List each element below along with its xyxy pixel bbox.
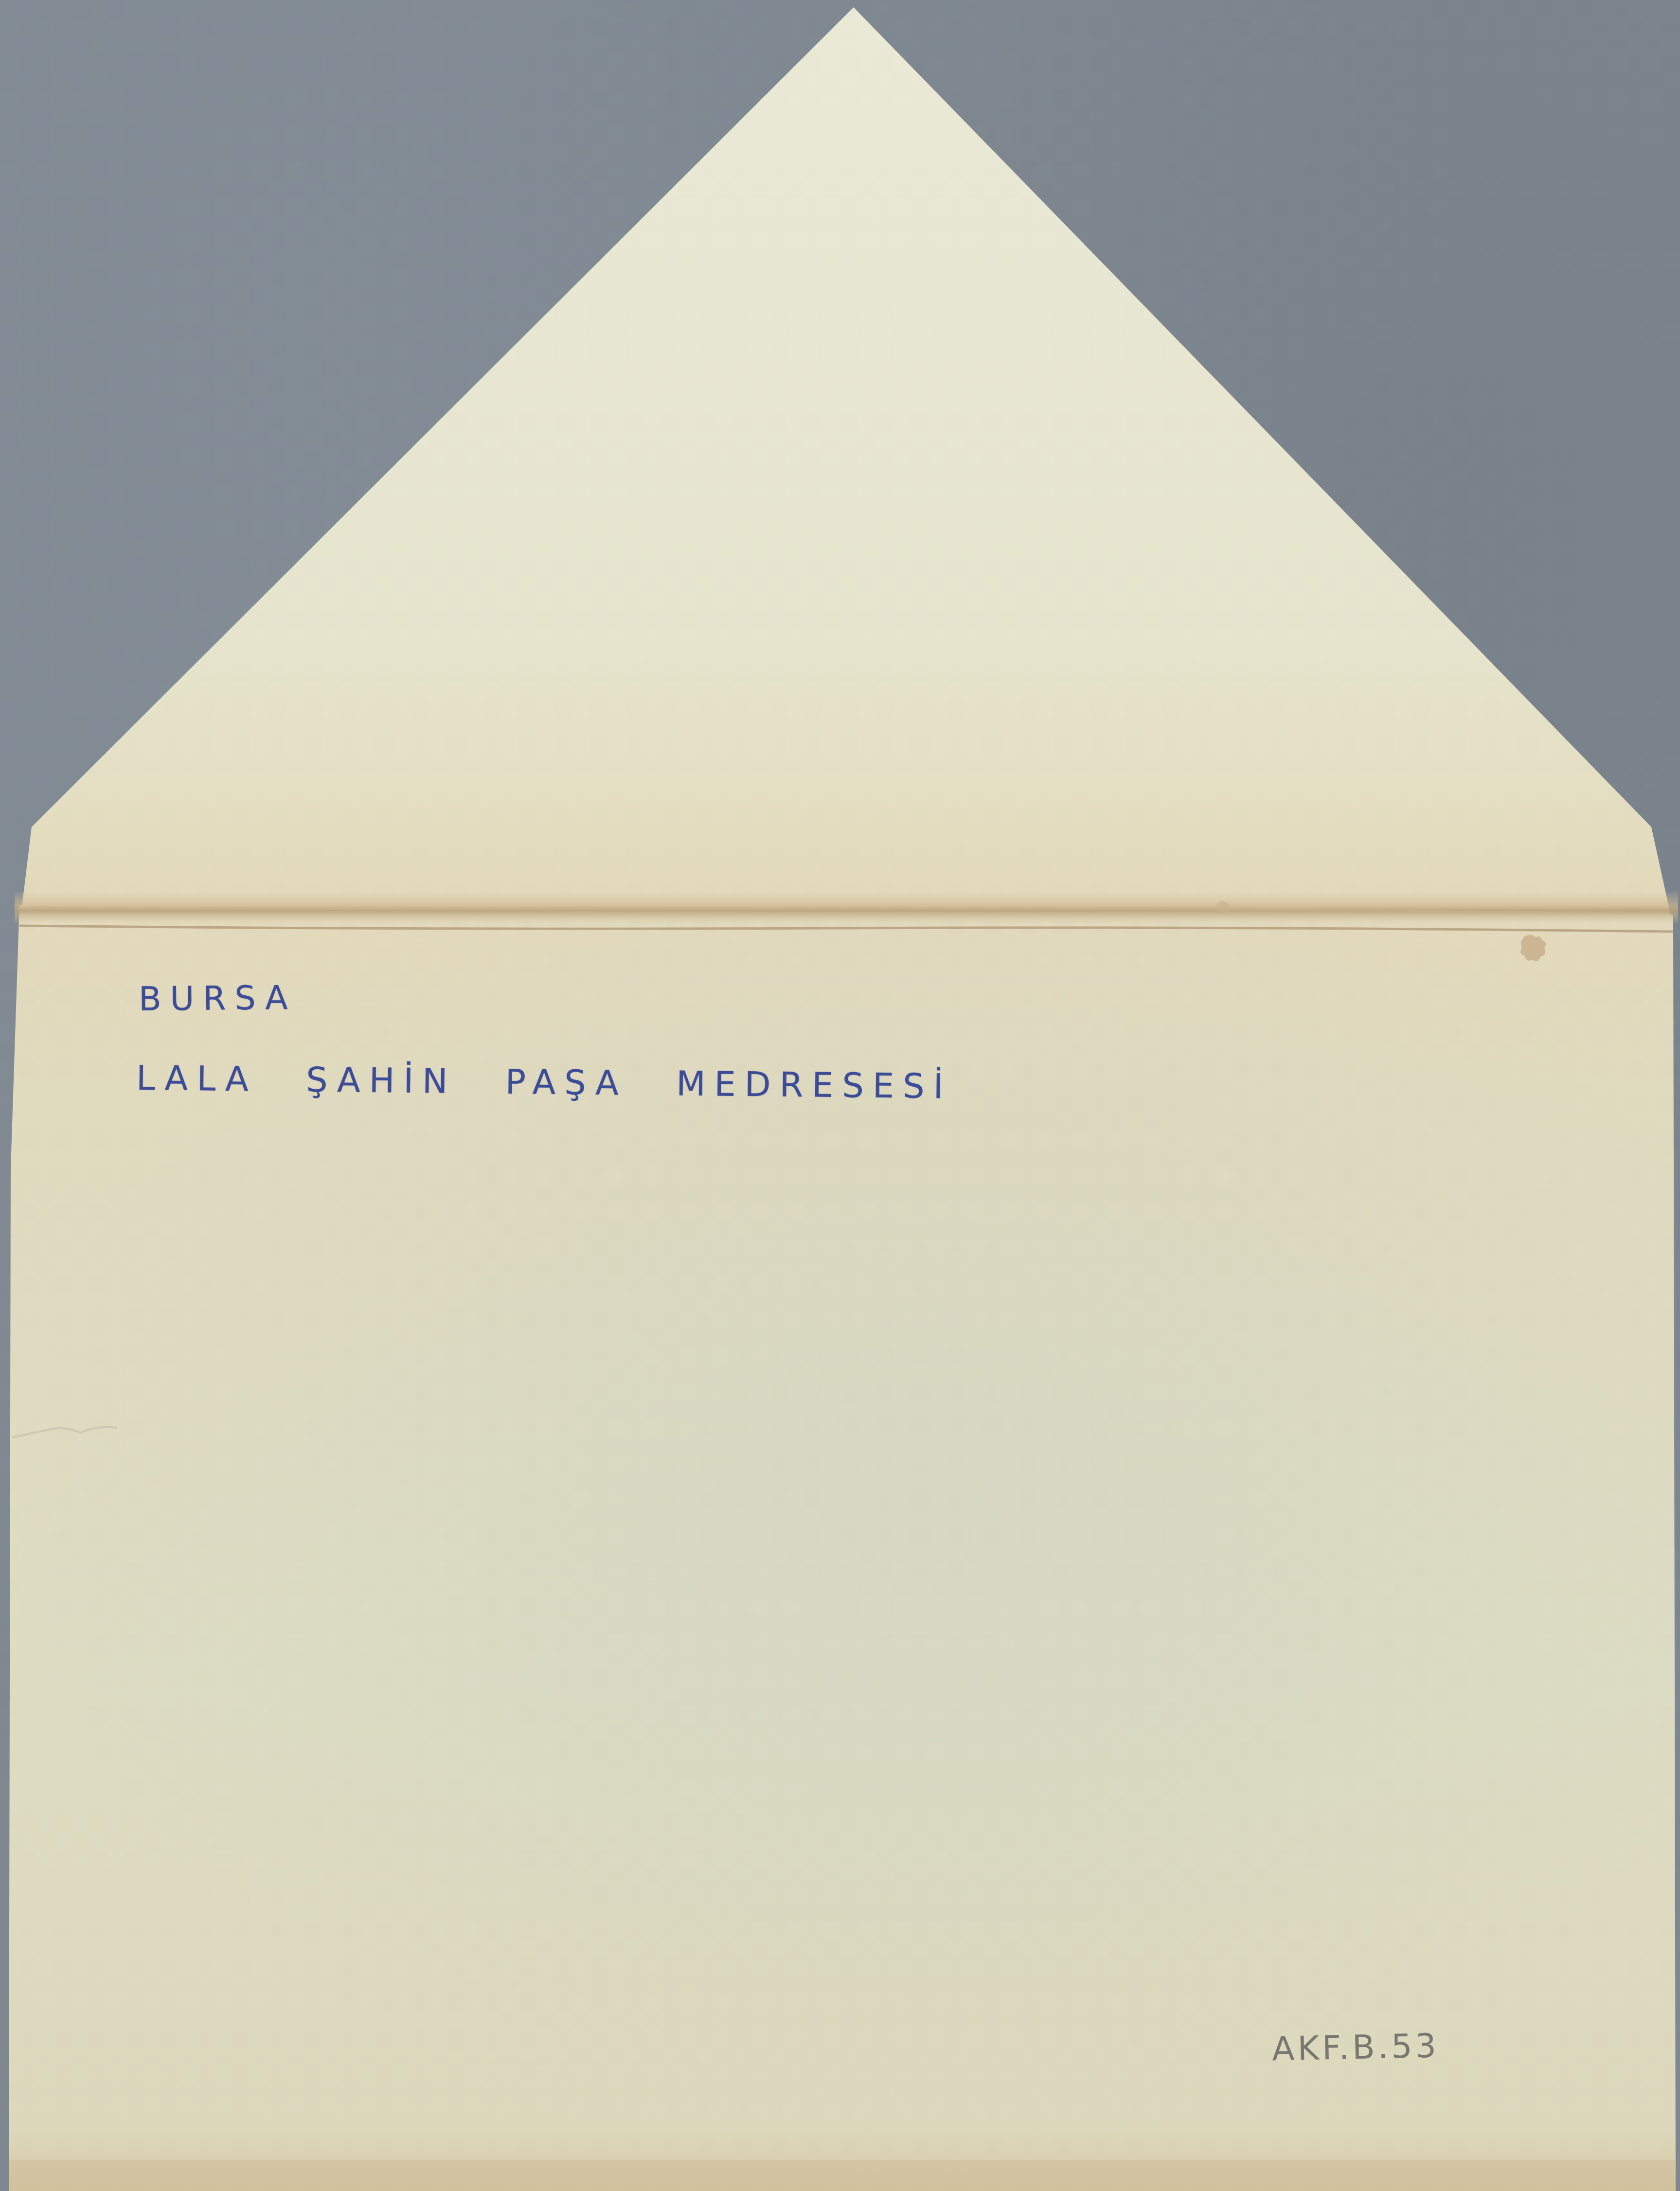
catalog-number: AKF.B.53	[1271, 2027, 1439, 2068]
flap-fold-seam	[15, 890, 1678, 924]
envelope-flap	[19, 7, 1673, 927]
handwritten-building-name: LALA ŞAHİN PAŞA MEDRESESİ	[136, 1058, 952, 1107]
envelope-scan: BURSA LALA ŞAHİN PAŞA MEDRESESİ AKF.B.53	[0, 0, 1680, 2191]
handwritten-city: BURSA	[139, 979, 297, 1019]
